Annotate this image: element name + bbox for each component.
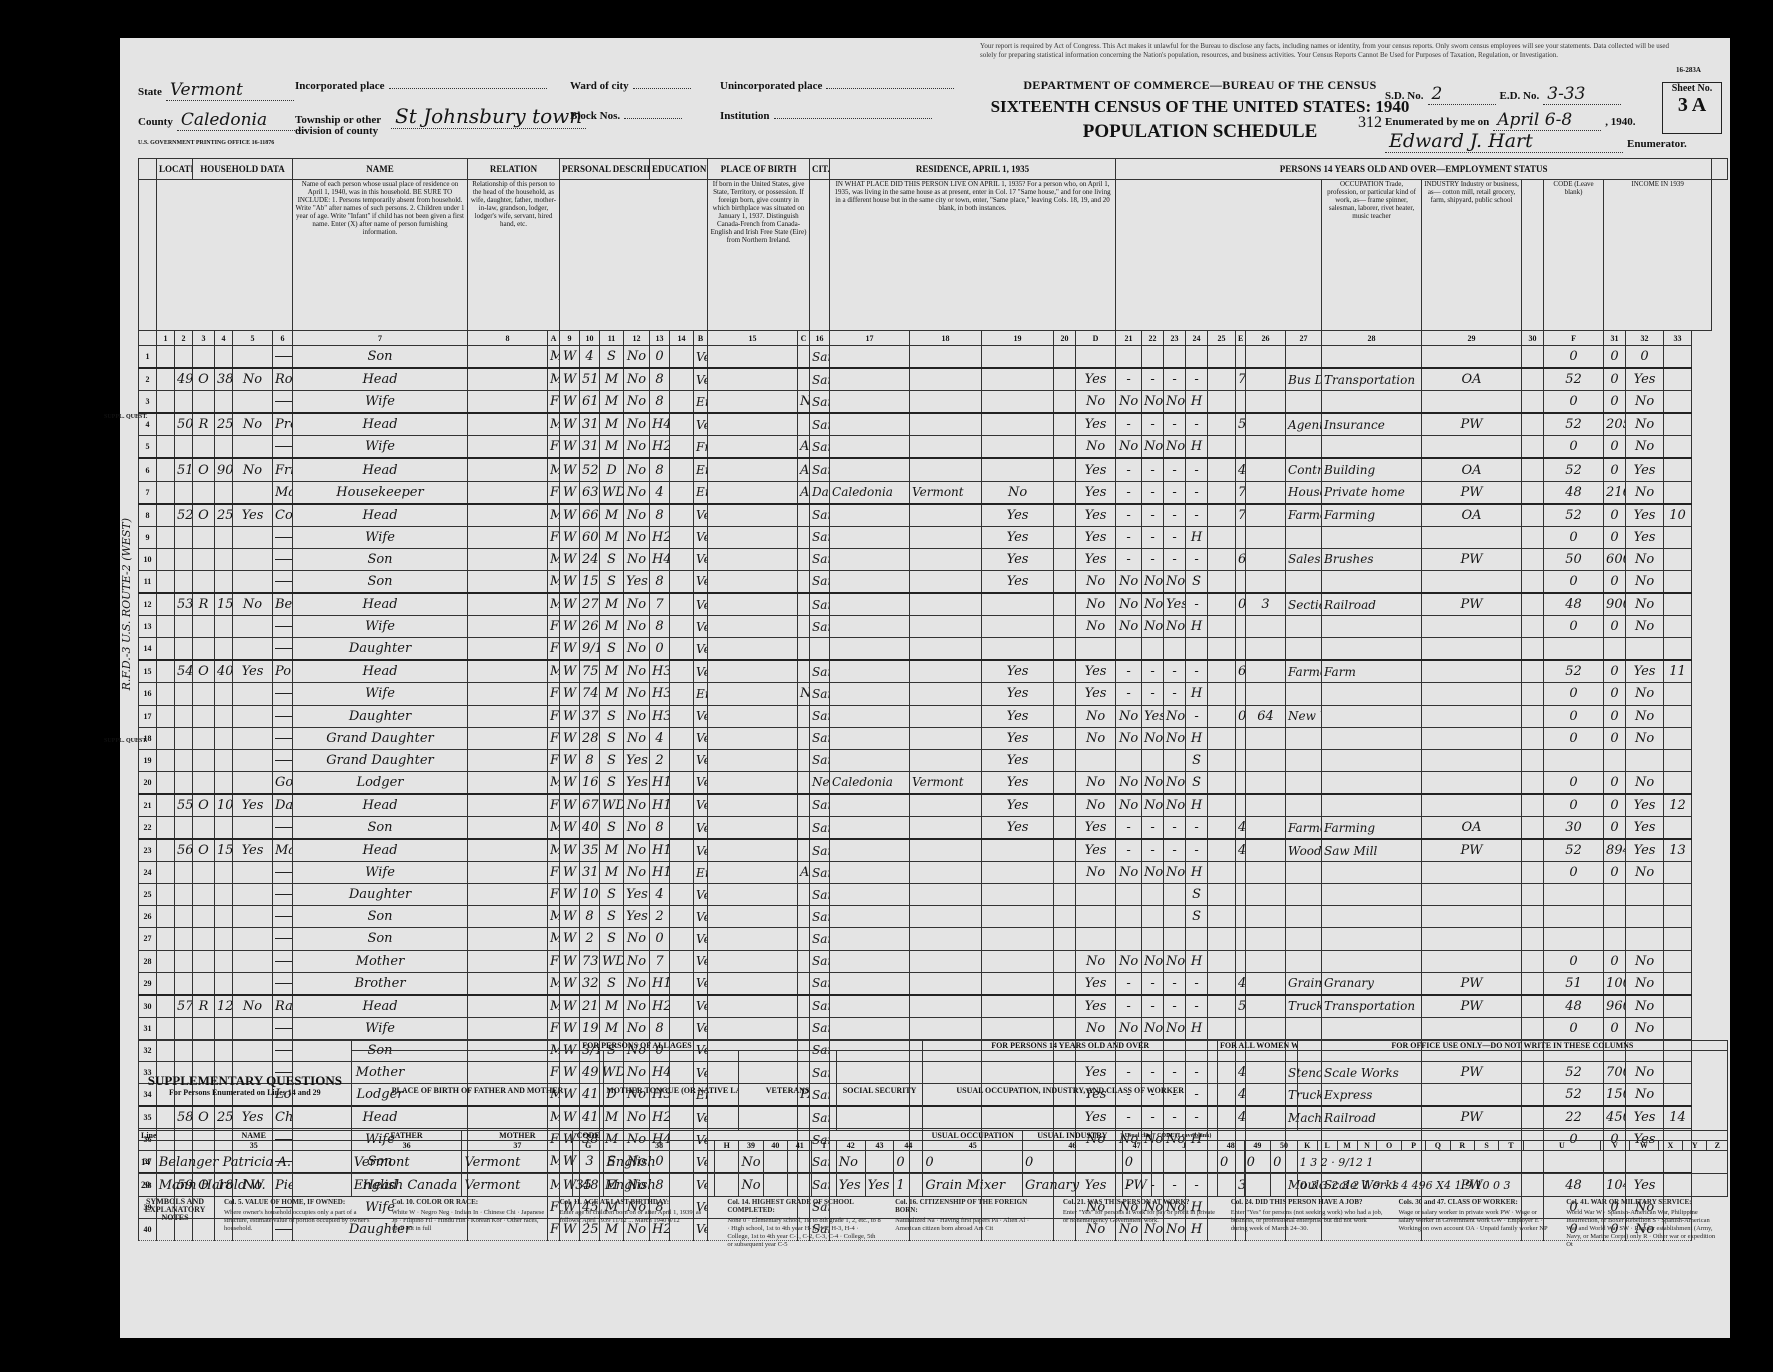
blank-cell (1208, 526, 1236, 548)
cell-value: 15 (215, 593, 233, 616)
cell-res: Same house (810, 570, 830, 593)
blank-cell (670, 749, 694, 771)
cell-c25: S (1186, 749, 1208, 771)
cell-c27 (1246, 413, 1286, 436)
cell-relation: Mother (293, 950, 468, 972)
cell-oinc: No (1626, 705, 1664, 727)
cell-race: W (560, 548, 580, 570)
cell-c26 (1236, 950, 1246, 972)
cell-cls (1422, 794, 1522, 817)
cell-c21: No (1076, 794, 1116, 817)
cell-house (175, 705, 193, 727)
cell-wage (1604, 749, 1626, 771)
blank-cell (1522, 548, 1544, 570)
cell-farm (233, 526, 273, 548)
cell-c24 (1164, 346, 1186, 369)
cell-wks: 52 (1544, 368, 1604, 391)
cell-fs (1664, 548, 1692, 570)
cell-farm35 (982, 1017, 1054, 1039)
cell-own (193, 950, 215, 972)
cell-relation: Housekeeper (293, 481, 468, 504)
cell-occ (1286, 391, 1322, 414)
cell-rstate (910, 436, 982, 459)
cell-rcounty (830, 749, 910, 771)
cell-c27 (1246, 548, 1286, 570)
cell-sex: M (548, 570, 560, 593)
person-name-cell: Ethel J. (273, 616, 293, 638)
cell-c27: 3 (1246, 593, 1286, 616)
cell-relation: Head (293, 413, 468, 436)
cell-rstate (910, 346, 982, 369)
cell-farm35: Yes (982, 526, 1054, 548)
blank-cell (157, 616, 175, 638)
cell-own: R (193, 413, 215, 436)
cell-ind: Saw Mill (1322, 839, 1422, 862)
cell-ind (1322, 727, 1422, 749)
cell-relation: Head (293, 368, 468, 391)
cell-c21: No (1076, 570, 1116, 593)
cell-c24 (1164, 906, 1186, 928)
supp-cell-mother: Vermont (462, 1151, 573, 1174)
cell-c26 (1236, 906, 1246, 928)
cell-res: Same Place (810, 839, 830, 862)
cell-c22: No (1116, 794, 1142, 817)
cell-c23: No (1142, 436, 1164, 459)
cell-farm (233, 1017, 273, 1039)
cell-wage: 0 (1604, 616, 1626, 638)
same-surname-dash (275, 916, 293, 917)
cell-ind (1322, 346, 1422, 369)
cell-race: W (560, 839, 580, 862)
cell-c24 (1164, 928, 1186, 950)
cell-c26 (1236, 346, 1246, 369)
cell-house (175, 749, 193, 771)
cell-school: No (624, 368, 650, 391)
industry-column-description: INDUSTRY Industry or business, as— cotto… (1422, 180, 1522, 331)
blank-cell (670, 504, 694, 527)
cell-sex: M (548, 839, 560, 862)
line-number: 26 (139, 906, 157, 928)
supp-cell-married: 0 (1218, 1151, 1245, 1174)
cell-value: 4000 (215, 660, 233, 683)
blank-cell (1054, 705, 1076, 727)
cell-value (215, 972, 233, 995)
table-row: 20GosleyErlonLodgerMW16SYesH1VermontNewa… (139, 771, 1728, 794)
cell-fs (1664, 972, 1692, 995)
cell-farm: No (233, 593, 273, 616)
cell-c22 (1116, 884, 1142, 906)
blank-cell (468, 749, 548, 771)
cell-oinc: No (1626, 972, 1664, 995)
cell-cit (798, 839, 810, 862)
blank-cell (1208, 884, 1236, 906)
table-row: 2356O1500YesMannRussell J.HeadMW35MNoH1V… (139, 839, 1728, 862)
cell-wks: 52 (1544, 504, 1604, 527)
blank-cell (468, 368, 548, 391)
blank-cell (708, 346, 798, 369)
cell-fs (1664, 884, 1692, 906)
cell-grade: 8 (650, 504, 670, 527)
cell-race: W (560, 570, 580, 593)
cell-c27 (1246, 616, 1286, 638)
cell-school: No (624, 995, 650, 1018)
cell-c23: No (1142, 1017, 1164, 1039)
blank-cell (157, 413, 175, 436)
blank-cell (157, 950, 175, 972)
blank-cell (708, 368, 798, 391)
cell-c27 (1246, 638, 1286, 661)
cell-own: O (193, 660, 215, 683)
blank-cell (670, 862, 694, 884)
cell-sex: F (548, 391, 560, 414)
cell-cit (798, 794, 810, 817)
cell-birth: Vermont (694, 928, 708, 950)
cell-marital: S (600, 570, 624, 593)
sd-field: S.D. No. 2 E.D. No. 3-33 (1385, 84, 1621, 105)
cell-wage: 0 (1604, 1017, 1626, 1039)
cell-cit (798, 705, 810, 727)
cell-birth: Vermont (694, 906, 708, 928)
cell-c27 (1246, 995, 1286, 1018)
cell-oinc (1626, 749, 1664, 771)
cell-occ (1286, 638, 1322, 661)
cell-marital: M (600, 683, 624, 705)
cell-c25: - (1186, 660, 1208, 683)
blank-cell (670, 906, 694, 928)
person-name-cell: Lottie B. ⊗ (273, 391, 293, 414)
table-row: 1554O4000YesPorterAlbert W.HeadMW75MNoH3… (139, 660, 1728, 683)
supplementary-rows: 14Belanger Patricia A.VermontVermontEngl… (139, 1151, 1728, 1197)
person-name-cell: Evelyn M (273, 727, 293, 749)
line-number: 19 (139, 749, 157, 771)
blank-cell (468, 660, 548, 683)
blank-cell (1208, 950, 1236, 972)
cell-ind (1322, 1017, 1422, 1039)
blank-cell (763, 1174, 787, 1197)
blank-cell (1522, 616, 1544, 638)
cell-wage: 894 (1604, 839, 1626, 862)
cell-age: 26 (580, 616, 600, 638)
cell-house (175, 771, 193, 794)
cell-value: 1000 (215, 794, 233, 817)
blank-cell (670, 548, 694, 570)
cell-oinc: No (1626, 570, 1664, 593)
blank-cell (468, 771, 548, 794)
cell-value (215, 727, 233, 749)
cell-c23: - (1142, 816, 1164, 839)
person-name-cell: PrevostJoseph G. (273, 413, 293, 436)
blank-cell (1522, 413, 1544, 436)
cell-birth: Vermont (694, 616, 708, 638)
cell-value: 12 (215, 995, 233, 1018)
line-number: 15 (139, 660, 157, 683)
blank-cell (1208, 593, 1236, 616)
blank-cell (1208, 816, 1236, 839)
cell-c27 (1246, 683, 1286, 705)
blank-cell (1208, 727, 1236, 749)
cell-rcounty (830, 346, 910, 369)
cell-birth: Vermont (694, 995, 708, 1018)
cell-rcounty (830, 548, 910, 570)
cell-relation: Wife (293, 616, 468, 638)
cell-own (193, 391, 215, 414)
cell-own (193, 705, 215, 727)
cell-c27 (1246, 906, 1286, 928)
cell-c25: - (1186, 413, 1208, 436)
cell-ind (1322, 683, 1422, 705)
cell-marital: S (600, 705, 624, 727)
cell-sex: M (548, 816, 560, 839)
cell-occ (1286, 794, 1322, 817)
surname: Cowling (275, 508, 293, 523)
cell-wks: 0 (1544, 862, 1604, 884)
blank-cell (708, 504, 798, 527)
blank-cell (1208, 616, 1236, 638)
blank-cell (670, 839, 694, 862)
cell-c23: No (1142, 727, 1164, 749)
cell-own (193, 816, 215, 839)
cell-rstate (910, 504, 982, 527)
blank-cell (670, 683, 694, 705)
cell-cls: PW (1422, 413, 1522, 436)
blank-cell (708, 548, 798, 570)
cell-house: 52 (175, 504, 193, 527)
cell-res: Same Place (810, 436, 830, 459)
cell-rcounty (830, 705, 910, 727)
cell-res: Same house (810, 950, 830, 972)
blank-cell (1054, 504, 1076, 527)
birth-column-description: If born in the United States, give State… (708, 180, 810, 331)
cell-own: R (193, 995, 215, 1018)
surname: Dana (275, 798, 293, 813)
blank-cell (1522, 1017, 1544, 1039)
cell-c24: No (1164, 436, 1186, 459)
cell-c24: - (1164, 972, 1186, 995)
blank-cell (670, 413, 694, 436)
cell-oinc: No (1626, 391, 1664, 414)
cell-oinc (1626, 928, 1664, 950)
cell-occ: New Worker (1286, 705, 1322, 727)
blank-cell (468, 862, 548, 884)
blank-cell (1208, 638, 1236, 661)
cell-c27 (1246, 749, 1286, 771)
cell-race: W (560, 526, 580, 548)
cell-farm35: Yes (982, 749, 1054, 771)
blank-cell (1054, 862, 1076, 884)
cell-ind (1322, 906, 1422, 928)
cell-c25: H (1186, 1017, 1208, 1039)
cell-farm (233, 683, 273, 705)
blank-cell (157, 660, 175, 683)
blank-cell (708, 727, 798, 749)
cell-res (810, 638, 830, 661)
cell-wks: 51 (1544, 972, 1604, 995)
cell-c26 (1236, 526, 1246, 548)
cell-birth: Vermont (694, 504, 708, 527)
cell-birth: Vermont (694, 548, 708, 570)
cell-school: No (624, 683, 650, 705)
table-row: 14Patricia A.DaughterFW9/12SNo0Vermont (139, 638, 1728, 661)
line-number: 25 (139, 884, 157, 906)
cell-farm35 (982, 391, 1054, 414)
cell-race: W (560, 884, 580, 906)
cell-relation: Head (293, 660, 468, 683)
cell-house (175, 391, 193, 414)
cell-c26: 0 (1236, 593, 1246, 616)
cell-ind: Transportation (1322, 995, 1422, 1018)
cell-c27 (1246, 458, 1286, 481)
cell-sex: M (548, 504, 560, 527)
person-name-cell: GosleyErlon (273, 771, 293, 794)
cell-c23: No (1142, 593, 1164, 616)
cell-own (193, 906, 215, 928)
cell-c21: No (1076, 727, 1116, 749)
cell-c24: - (1164, 413, 1186, 436)
cell-wks (1544, 884, 1604, 906)
cell-fs (1664, 526, 1692, 548)
cell-race: W (560, 771, 580, 794)
cell-farm (233, 436, 273, 459)
cell-value (215, 771, 233, 794)
blank-cell (1522, 436, 1544, 459)
blank-cell (1054, 884, 1076, 906)
cell-farm (233, 638, 273, 661)
cell-oinc: No (1626, 771, 1664, 794)
cell-c25: H (1186, 436, 1208, 459)
cell-c23: - (1142, 683, 1164, 705)
cell-grade: H3 (650, 683, 670, 705)
cell-cit (798, 928, 810, 950)
blank-cell (157, 368, 175, 391)
cell-relation: Head (293, 794, 468, 817)
cell-own (193, 884, 215, 906)
cell-rcounty (830, 458, 910, 481)
line-number: 21 (139, 794, 157, 817)
line-number: 23 (139, 839, 157, 862)
cell-fs (1664, 816, 1692, 839)
blank-cell (1054, 816, 1076, 839)
blank-cell (157, 839, 175, 862)
cell-occ: Agent (1286, 413, 1322, 436)
table-row: 27GilbertSonMW2SNo0VermontSame House (139, 928, 1728, 950)
blank-cell (1522, 526, 1544, 548)
blank-cell (1522, 794, 1544, 817)
blank-cell (1208, 413, 1236, 436)
cell-c25: H (1186, 950, 1208, 972)
cell-oinc: Yes (1626, 839, 1664, 862)
block-field: Block Nos. (570, 110, 682, 122)
blank-cell (1522, 705, 1544, 727)
cell-relation: Wife (293, 391, 468, 414)
blank-cell (157, 995, 175, 1018)
cell-ind (1322, 616, 1422, 638)
cell-ind (1322, 794, 1422, 817)
cell-occ (1286, 1017, 1322, 1039)
cell-rstate (910, 593, 982, 616)
blank-cell (1522, 906, 1544, 928)
cell-house (175, 481, 193, 504)
cell-c26 (1236, 683, 1246, 705)
person-name-cell: Harold W. (273, 972, 293, 995)
cell-farm35: Yes (982, 816, 1054, 839)
cell-c25: - (1186, 481, 1208, 504)
cell-c23: - (1142, 972, 1164, 995)
person-name-cell: DanaJennie M. (273, 794, 293, 817)
state-field: State Vermont (138, 80, 294, 101)
line-number: 13 (139, 616, 157, 638)
cell-rstate (910, 749, 982, 771)
cell-farm35 (982, 616, 1054, 638)
cell-race: W (560, 391, 580, 414)
cell-race: W (560, 368, 580, 391)
cell-value (215, 616, 233, 638)
cell-c24: No (1164, 950, 1186, 972)
cell-race: W (560, 972, 580, 995)
cell-c21: Yes (1076, 526, 1116, 548)
person-name-cell: Robert W. (273, 346, 293, 369)
blank-cell (157, 458, 175, 481)
cell-farm35 (982, 884, 1054, 906)
same-surname-dash (275, 827, 293, 828)
cell-fs (1664, 1017, 1692, 1039)
cell-age: 52 (580, 458, 600, 481)
blank-cell (157, 816, 175, 839)
enumerated-date-field: Enumerated by me on April 6-8 , 1940. (1385, 110, 1635, 131)
blank-cell (1054, 391, 1076, 414)
cell-cls (1422, 749, 1522, 771)
blank-cell (715, 1174, 739, 1197)
line-number: 28 (139, 950, 157, 972)
blank-cell (715, 1151, 739, 1174)
cell-birth: English Canada (694, 391, 708, 414)
blank-cell (670, 570, 694, 593)
blank-cell (157, 727, 175, 749)
group-employment: PERSONS 14 YEARS OLD AND OVER—EMPLOYMENT… (1116, 159, 1712, 180)
blank-cell (468, 816, 548, 839)
cell-grade: H2 (650, 995, 670, 1018)
cell-c23: No (1142, 570, 1164, 593)
table-row: 2155O1000YesDanaJennie M.HeadFW67WDNoH1V… (139, 794, 1728, 817)
blank-cell (1522, 593, 1544, 616)
cell-c22: No (1116, 391, 1142, 414)
cell-rstate: Vermont (910, 771, 982, 794)
cell-grade: 4 (650, 884, 670, 906)
cell-fs (1664, 727, 1692, 749)
cell-oinc: No (1626, 481, 1664, 504)
margin-route-note: R.F.D.-3 U.S. ROUTE-2 (WEST) (120, 518, 138, 690)
supp-cell-cls: 0 (1122, 1151, 1151, 1174)
cell-value (215, 862, 233, 884)
cell-grade: H4 (650, 548, 670, 570)
cell-c27 (1246, 816, 1286, 839)
cell-wage (1604, 928, 1626, 950)
cell-rcounty (830, 526, 910, 548)
cell-wks: 0 (1544, 570, 1604, 593)
county-field: County Caledonia (138, 110, 305, 131)
line-number: 14 (139, 638, 157, 661)
cell-rcounty (830, 391, 910, 414)
cell-res: Same Place (810, 884, 830, 906)
cell-age: 28 (580, 727, 600, 749)
cell-c25: H (1186, 391, 1208, 414)
cell-c21 (1076, 638, 1116, 661)
cell-own (193, 771, 215, 794)
cell-rcounty (830, 727, 910, 749)
cell-relation: Head (293, 504, 468, 527)
cell-c27 (1246, 839, 1286, 862)
cell-c25: - (1186, 839, 1208, 862)
cell-c26 (1236, 884, 1246, 906)
